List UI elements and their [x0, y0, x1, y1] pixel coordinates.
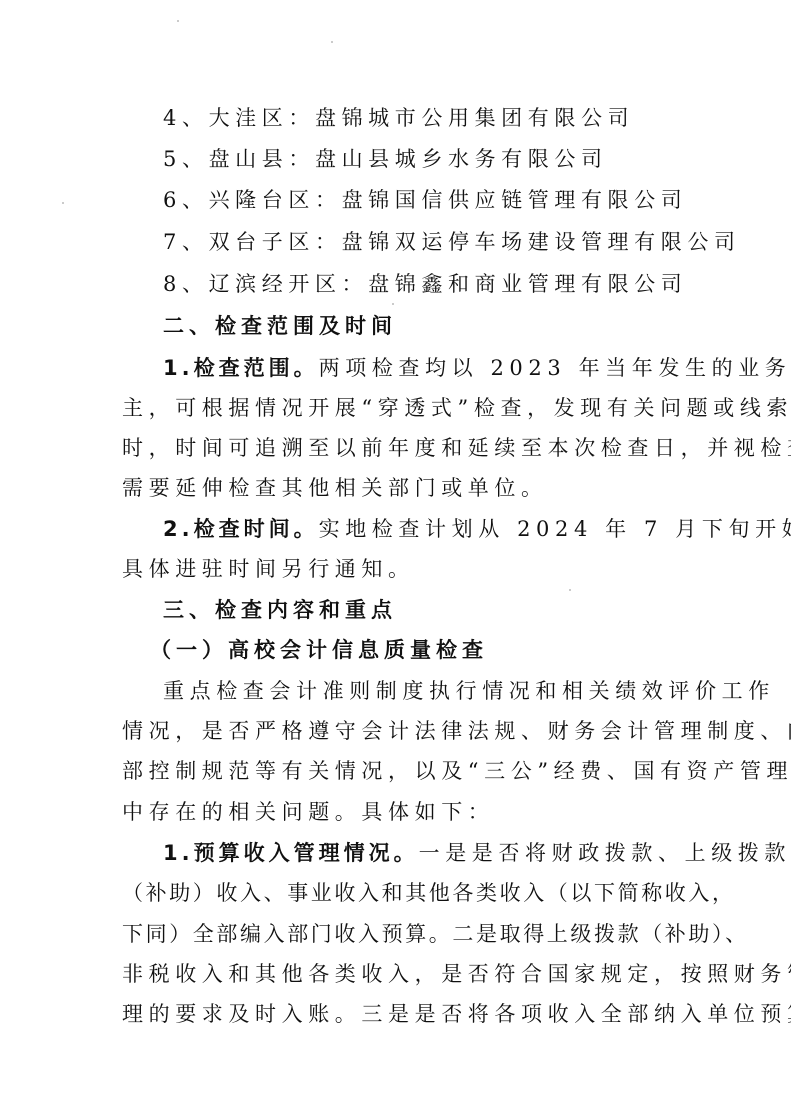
paragraph-line: 下同）全部编入部门收入预算。二是取得上级拨款（补助）、: [122, 921, 749, 947]
subsection-heading: （一）高校会计信息质量检查: [150, 637, 488, 663]
scan-speck: [62, 202, 64, 204]
section-heading-content: 三、检查内容和重点: [163, 597, 397, 623]
paragraph-line: 理的要求及时入账。三是是否将各项收入全部纳入单位预算，: [122, 1001, 791, 1027]
list-item-number: 7、: [163, 230, 209, 254]
scan-speck: [331, 41, 333, 43]
item-lead-budget-income: 1.预算收入管理情况。: [163, 841, 419, 865]
paragraph-line: 部控制规范等有关情况，以及“三公”经费、国有资产管理: [122, 758, 791, 784]
section-heading-scope-time: 二、检查范围及时间: [163, 313, 397, 339]
list-item-company: 盘锦鑫和商业管理有限公司: [368, 272, 687, 296]
item-lead-scope: 1.检查范围。: [163, 356, 319, 380]
paragraph-text: 两项检查均以 2023 年当年发生的业务为: [319, 356, 791, 380]
paragraph-line: 时，时间可追溯至以前年度和延续至本次检查日，并视检查: [122, 435, 791, 461]
list-item-number: 5、: [163, 147, 209, 171]
list-item-district: 盘山县：: [209, 147, 315, 171]
list-item: 6、兴隆台区：盘锦国信供应链管理有限公司: [163, 187, 687, 213]
list-item-company: 盘锦双运停车场建设管理有限公司: [342, 230, 741, 254]
list-item-number: 4、: [163, 106, 209, 130]
scan-speck: [177, 20, 179, 22]
paragraph-line: 1.检查范围。两项检查均以 2023 年当年发生的业务为: [163, 355, 791, 381]
list-item-district: 大洼区：: [209, 106, 315, 130]
list-item: 5、盘山县：盘山县城乡水务有限公司: [163, 146, 608, 172]
paragraph-line: 非税收入和其他各类收入，是否符合国家规定，按照财务管: [122, 961, 791, 987]
scan-speck: [392, 303, 394, 305]
paragraph-line: 中存在的相关问题。具体如下：: [122, 799, 494, 825]
paragraph-line: （补助）收入、事业收入和其他各类收入（以下简称收入，: [122, 880, 736, 906]
paragraph-text: 实地检查计划从 2024 年 7 月下旬开始，: [319, 517, 791, 541]
list-item-company: 盘锦城市公用集团有限公司: [315, 106, 634, 130]
paragraph-line: 情况，是否严格遵守会计法律法规、财务会计管理制度、内: [122, 718, 791, 744]
list-item-number: 6、: [163, 188, 209, 212]
paragraph-line: 1.预算收入管理情况。一是是否将财政拨款、上级拨款: [163, 840, 791, 866]
scan-speck: [569, 589, 571, 591]
paragraph-line: 主，可根据情况开展“穿透式”检查，发现有关问题或线索: [122, 395, 791, 421]
document-page: 4、大洼区：盘锦城市公用集团有限公司 5、盘山县：盘山县城乡水务有限公司 6、兴…: [0, 0, 791, 1113]
list-item-district: 兴隆台区：: [209, 188, 342, 212]
list-item-district: 辽滨经开区：: [209, 272, 369, 296]
list-item: 4、大洼区：盘锦城市公用集团有限公司: [163, 105, 634, 131]
list-item-district: 双台子区：: [209, 230, 342, 254]
paragraph-line: 具体进驻时间另行通知。: [122, 556, 415, 582]
list-item-number: 8、: [163, 272, 209, 296]
list-item: 8、辽滨经开区：盘锦鑫和商业管理有限公司: [163, 271, 687, 297]
list-item-company: 盘山县城乡水务有限公司: [315, 147, 608, 171]
paragraph-line: 2.检查时间。实地检查计划从 2024 年 7 月下旬开始，: [163, 516, 791, 542]
item-lead-time: 2.检查时间。: [163, 517, 319, 541]
paragraph-line: 需要延伸检查其他相关部门或单位。: [122, 475, 548, 501]
list-item-company: 盘锦国信供应链管理有限公司: [342, 188, 688, 212]
paragraph-text: 一是是否将财政拨款、上级拨款: [419, 841, 791, 865]
paragraph-line: 重点检查会计准则制度执行情况和相关绩效评价工作: [163, 678, 775, 704]
list-item: 7、双台子区：盘锦双运停车场建设管理有限公司: [163, 229, 741, 255]
